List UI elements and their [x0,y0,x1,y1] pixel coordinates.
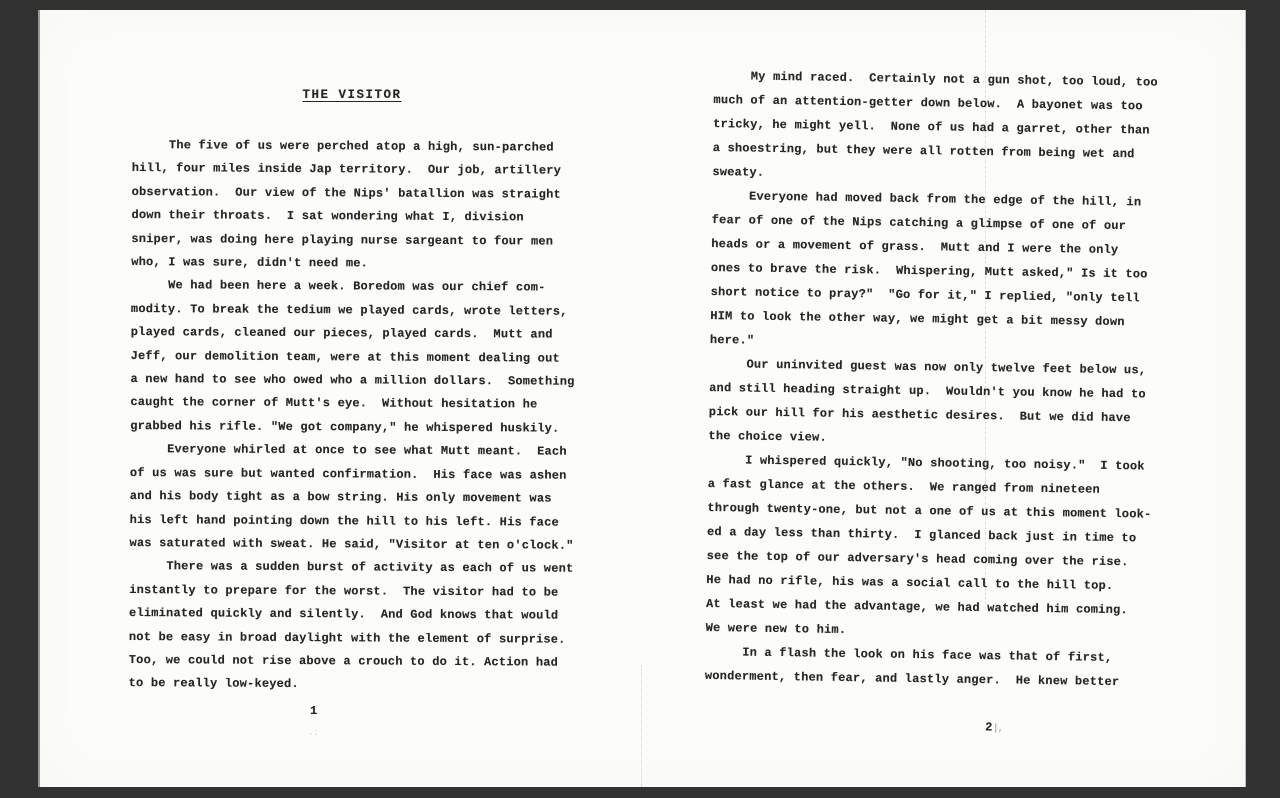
text-line: to be really low-keyed. [129,672,581,698]
text-line: observation. Our view of the Nips' batal… [132,181,584,207]
text-line: grabbed his rifle. "We got company," he … [130,415,582,441]
text-line: not be easy in broad daylight with the e… [129,626,581,652]
scan-smudge-artifact: .: [308,728,319,738]
text-line: caught the corner of Mutt's eye. Without… [130,391,582,417]
page-title: THE VISITOR [132,88,572,102]
text-line: a new hand to see who owed who a million… [130,368,582,394]
text-line: Everyone whirled at once to see what Mut… [130,438,582,464]
page-1-text: The five of us were perched atop a high,… [129,134,584,699]
text-line: of us was sure but wanted confirmation. … [130,462,582,488]
text-line: played cards, cleaned our pieces, played… [131,321,583,347]
text-line: down their throats. I sat wondering what… [131,204,583,230]
page-2-text: My mind raced. Certainly not a gun shot,… [705,64,1180,695]
scan-frame: THE VISITOR The five of us were perched … [0,0,1280,798]
page-1-number: 1 [310,704,317,718]
text-line: modity. To break the tedium we played ca… [131,298,583,324]
text-line: hill, four miles inside Jap territory. O… [132,157,584,183]
text-line: The five of us were perched atop a high,… [132,134,584,160]
text-line: eliminated quickly and silently. And God… [129,602,581,628]
text-line: There was a sudden burst of activity as … [129,555,581,581]
page-seam-artifact [641,665,642,787]
text-line: instantly to prepare for the worst. The … [129,579,581,605]
page-2-number-value: 2 [985,720,993,734]
text-line: Too, we could not rise above a crouch to… [129,649,581,675]
page-2-number: 2|, [926,705,1003,748]
text-line: We had been here a week. Boredom was our… [131,274,583,300]
scanned-document: THE VISITOR The five of us were perched … [38,10,1246,787]
text-line: his left hand pointing down the hill to … [130,508,582,534]
text-line: who, I was sure, didn't need me. [131,251,583,277]
text-line: Jeff, our demolition team, were at this … [131,345,583,371]
text-line: sniper, was doing here playing nurse sar… [131,228,583,254]
text-line: and his body tight as a bow string. His … [130,485,582,511]
scan-ghost-artifact: |, [992,723,1002,734]
text-line: was saturated with sweat. He said, "Visi… [129,532,581,558]
